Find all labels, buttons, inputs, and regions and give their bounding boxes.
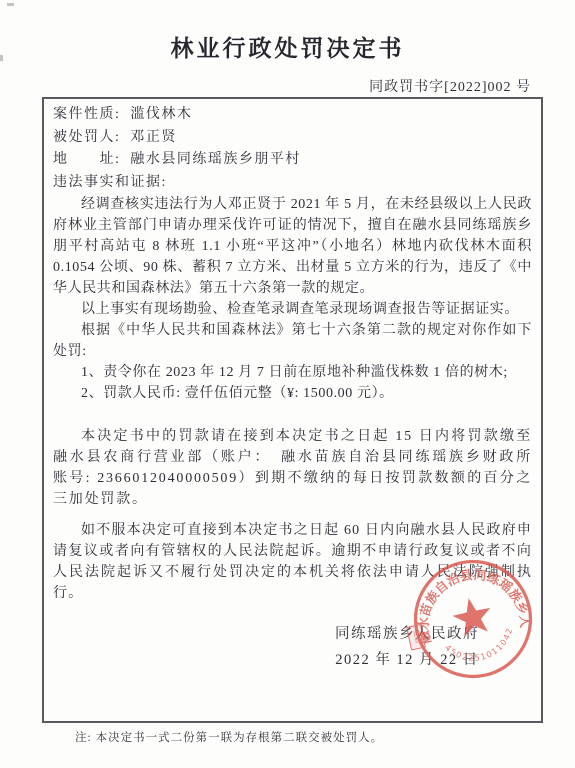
document-body-frame: 案件性质:滥伐林木 被处罚人:邓正贤 地 址:融水县同练瑶族乡朋平村 违法事实和… (42, 97, 543, 723)
field-penalized-person-label: 被处罚人: (53, 130, 120, 145)
scanned-document-page: 林业行政处罚决定书 同政罚书字[2022]002 号 案件性质:滥伐林木 被处罚… (0, 0, 575, 768)
paragraph-legal-basis: 根据《中华人民共和国森林法》第七十六条第二款的规定对你作如下处罚: (53, 320, 532, 362)
footnote: 注: 本决定书一式二份第一联为存根第二联交被处罚人。 (75, 729, 383, 745)
paragraph-appeal-rights: 如不服本决定可直接到本决定书之日起 60 日内向融水县人民政府申请复议或者向有管… (53, 520, 532, 604)
field-case-nature-value: 滥伐林木 (130, 107, 192, 122)
issue-date: 2022 年 12 月 22 日 (335, 647, 479, 673)
scan-artifact (7, 3, 14, 6)
paragraph-payment-instructions: 本决定书中的罚款请在接到本决定书之日起 15 日内将罚款缴至融水县农商行营业部（… (53, 426, 532, 510)
field-penalized-person: 被处罚人:邓正贤 (53, 127, 532, 150)
paragraph-penalty-item-1: 1、责令你在 2023 年 12 月 7 日前在原地补种滥伐株数 1 倍的树木; (53, 362, 532, 383)
field-penalized-person-value: 邓正贤 (130, 130, 177, 145)
field-case-nature: 案件性质:滥伐林木 (53, 104, 532, 127)
issuing-authority: 同练瑶族乡人民政府 (335, 621, 479, 647)
paragraph-facts: 经调查核实违法行为人邓正贤于 2021 年 5 月，在未经县级以上人民政府林业主… (53, 194, 532, 299)
paragraph-penalty-item-2: 2、罚款人民币: 壹仟伍佰元整（¥: 1500.00 元）。 (53, 383, 532, 404)
paragraph-evidence: 以上事实有现场勘验、检查笔录调查笔录现场调查报告等证据证实。 (53, 299, 532, 320)
section-heading-facts: 违法事实和证据: (53, 172, 532, 194)
field-address: 地 址:融水县同练瑶族乡朋平村 (53, 149, 532, 172)
document-number: 同政罚书字[2022]002 号 (0, 76, 531, 96)
signature-block: 同练瑶族乡人民政府 2022 年 12 月 22 日 (335, 621, 479, 673)
field-case-nature-label: 案件性质: (53, 107, 120, 122)
field-address-value: 融水县同练瑶族乡朋平村 (130, 152, 301, 167)
field-address-label: 地 址: (53, 152, 120, 167)
document-title: 林业行政处罚决定书 (0, 30, 575, 63)
